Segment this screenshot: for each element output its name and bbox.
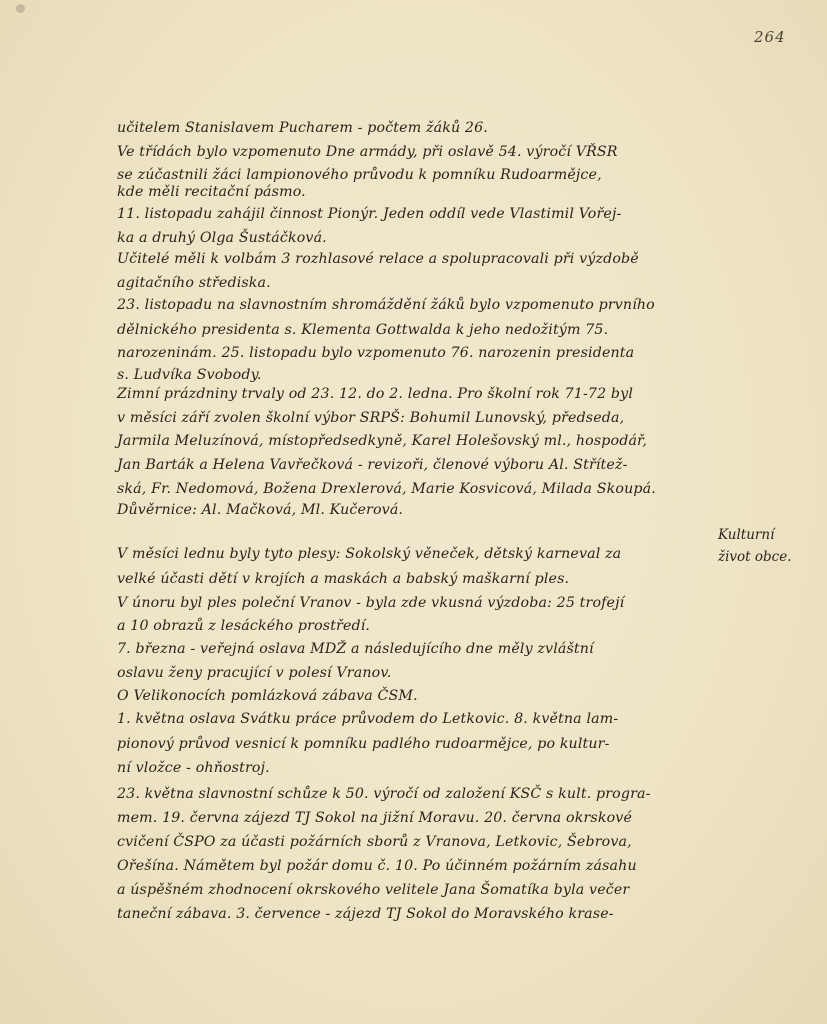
handwritten-line: 23. listopadu na slavnostním shromáždění… [117, 297, 655, 313]
handwritten-line: pionový průvod vesnicí k pomníku padlého… [117, 736, 610, 752]
margin-note-line: Kulturní [718, 524, 792, 546]
handwritten-line: O Velikonocích pomlázková zábava ČSM. [117, 688, 418, 704]
handwritten-line: Ořešína. Námětem byl požár domu č. 10. P… [117, 858, 637, 874]
handwritten-line: 7. března - veřejná oslava MDŽ a následu… [117, 641, 594, 657]
handwritten-line: narozeninám. 25. listopadu bylo vzpomenu… [117, 345, 634, 361]
handwritten-line: a úspěšném zhodnocení okrskového velitel… [117, 882, 629, 898]
handwritten-line: Ve třídách bylo vzpomenuto Dne armády, p… [117, 144, 618, 160]
handwritten-line: V únoru byl ples poleční Vranov - byla z… [117, 595, 624, 611]
handwritten-line: Důvěrnice: Al. Mačková, Ml. Kučerová. [117, 502, 403, 518]
handwritten-line: ní vložce - ohňostroj. [117, 760, 270, 776]
handwritten-line: Jan Barták a Helena Vavřečková - revizoř… [117, 457, 628, 473]
handwritten-line: s. Ludvíka Svobody. [117, 367, 262, 383]
handwritten-line: Zimní prázdniny trvaly od 23. 12. do 2. … [117, 386, 633, 402]
handwritten-line: v měsíci září zvolen školní výbor SRPŠ: … [117, 410, 624, 426]
page-number: 264 [754, 28, 786, 46]
handwritten-line: velké účasti dětí v krojích a maskách a … [117, 571, 569, 587]
margin-note: Kulturní život obce. [718, 524, 792, 568]
handwritten-line: oslavu ženy pracující v polesí Vranov. [117, 665, 391, 681]
handwritten-line: ka a druhý Olga Šustáčková. [117, 230, 327, 246]
paper-stain [16, 4, 25, 13]
handwritten-line: taneční zábava. 3. července - zájezd TJ … [117, 906, 614, 922]
handwritten-line: ská, Fr. Nedomová, Božena Drexlerová, Ma… [117, 481, 656, 497]
handwritten-line: mem. 19. června zájezd TJ Sokol na jižní… [117, 810, 632, 826]
handwritten-line: se zúčastnili žáci lampionového průvodu … [117, 167, 602, 183]
handwritten-line: cvičení ČSPO za účasti požárních sborů z… [117, 834, 632, 850]
margin-note-line: život obce. [718, 546, 792, 568]
handwritten-line: 23. května slavnostní schůze k 50. výroč… [117, 786, 651, 802]
handwritten-line: Jarmila Meluzínová, místopředsedkyně, Ka… [117, 433, 647, 449]
handwritten-line: V měsíci lednu byly tyto plesy: Sokolský… [117, 546, 621, 562]
handwritten-line: 11. listopadu zahájil činnost Pionýr. Je… [117, 206, 621, 222]
handwritten-line: 1. května oslava Svátku práce průvodem d… [117, 711, 618, 727]
handwritten-line: dělnického presidenta s. Klementa Gottwa… [117, 322, 608, 338]
handwritten-line: agitačního střediska. [117, 275, 271, 291]
handwritten-line: a 10 obrazů z lesáckého prostředí. [117, 618, 370, 634]
handwritten-chronicle-page: 264 učitelem Stanislavem Pucharem - počt… [0, 0, 827, 1024]
handwritten-line: Učitelé měli k volbám 3 rozhlasové relac… [117, 251, 639, 267]
handwritten-line: kde měli recitační pásmo. [117, 184, 306, 200]
handwritten-line: učitelem Stanislavem Pucharem - počtem ž… [117, 120, 488, 136]
